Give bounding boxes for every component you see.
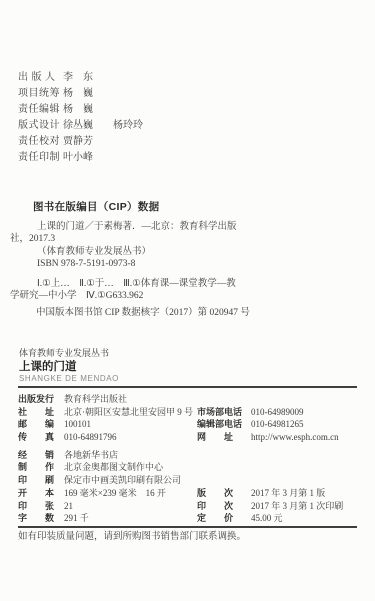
cip-title-line: 上课的门道／于素梅著．—北京：教育科学出版 (10, 221, 355, 233)
credit-name: 杨 巍 (63, 102, 93, 118)
credit-label: 项目统筹 (18, 86, 63, 102)
row-value-right: 2017 年 3 月第 1 次印刷 (251, 501, 343, 511)
row-value: 169 毫米×239 毫米 16 开 (64, 488, 166, 498)
row-label: 邮 编 (18, 418, 60, 431)
publication-group-print: 经 销各地新华书店 制 作北京金奥都图文制作中心 印 刷保定市中画美凯印刷有限公… (18, 449, 358, 525)
book-header: 体育教师专业发展丛书 上课的门道 SHANGKE DE MENDAO (19, 348, 119, 384)
credit-name: 杨 巍 (63, 86, 93, 102)
credit-name: 徐丛巍 (63, 118, 93, 134)
row-value: 教育科学出版社 (64, 394, 127, 404)
table-row-postcode: 邮 编100101 编辑部电话010-64981265 (18, 418, 358, 431)
row-label: 出版发行 (18, 393, 60, 406)
divider-bottom (18, 526, 357, 528)
row-label: 开 本 (18, 487, 60, 500)
credit-label: 责任编辑 (18, 102, 63, 118)
publication-group-contact: 出版发行教育科学出版社 社 址北京·朝阳区安慧北里安园甲 9 号 市场部电话01… (18, 393, 358, 444)
row-label: 经 销 (18, 449, 60, 462)
publication-info-table: 出版发行教育科学出版社 社 址北京·朝阳区安慧北里安园甲 9 号 市场部电话01… (18, 393, 358, 525)
table-row-publisher: 出版发行教育科学出版社 (18, 393, 358, 406)
credit-name: 叶小峰 (63, 150, 93, 166)
credit-row-editor: 责任编辑杨 巍 (18, 102, 143, 118)
credit-label: 版式设计 (18, 118, 63, 134)
cip-description: 上课的门道／于素梅著．—北京：教育科学出版 社，2017.3 （体育教师专业发展… (10, 221, 355, 271)
row-label-right: 版 次 (197, 487, 247, 500)
cip-title-line-continuation: 社，2017.3 (10, 233, 355, 245)
book-title-pinyin: SHANGKE DE MENDAO (19, 374, 119, 384)
row-label-right: 市场部电话 (197, 406, 247, 419)
cip-block: 图书在版编目（CIP）数据 上课的门道／于素梅著．—北京：教育科学出版 社，20… (10, 201, 355, 320)
table-row-distribution: 经 销各地新华书店 (18, 449, 358, 462)
row-value-right: 2017 年 3 月第 1 版 (251, 488, 325, 498)
cip-series-line: （体育教师专业发展丛书） (10, 246, 355, 258)
cip-record-number: 中国版本图书馆 CIP 数据核字（2017）第 020947 号 (10, 307, 355, 319)
row-right-cell (197, 393, 251, 406)
series-title: 体育教师专业发展丛书 (19, 348, 119, 359)
credit-row-coordinator: 项目统筹杨 巍 (18, 86, 143, 102)
row-value: 各地新华书店 (64, 450, 118, 460)
row-label: 印 张 (18, 500, 60, 513)
row-value-right: http://www.esph.com.cn (251, 432, 339, 442)
row-right-cell: 编辑部电话010-64981265 (197, 418, 304, 431)
row-label: 字 数 (18, 512, 60, 525)
row-value: 北京·朝阳区安慧北里安园甲 9 号 (64, 407, 193, 417)
table-row-wordcount: 字 数291 千 定 价45.00 元 (18, 512, 358, 525)
row-label: 社 址 (18, 406, 60, 419)
credit-row-layout-design: 版式设计徐丛巍杨玲玲 (18, 118, 143, 134)
row-right-cell (197, 474, 251, 487)
divider-top (18, 386, 357, 388)
cip-classification: Ⅰ.①上… Ⅱ.①于… Ⅲ.①体育课—课堂教学—教 学研究—中小学 Ⅳ.①G63… (10, 278, 355, 303)
row-right-cell (197, 461, 251, 474)
table-row-address: 社 址北京·朝阳区安慧北里安园甲 9 号 市场部电话010-64989009 (18, 406, 358, 419)
cip-heading: 图书在版编目（CIP）数据 (10, 201, 355, 214)
row-label: 传 真 (18, 431, 60, 444)
row-right-cell: 版 次2017 年 3 月第 1 版 (197, 487, 325, 500)
credit-name: 贾静芳 (63, 134, 93, 150)
row-value: 010-64891796 (64, 432, 117, 442)
row-right-cell (197, 449, 251, 462)
credit-row-publisher: 出 版 人李 东 (18, 70, 143, 86)
row-value: 21 (64, 501, 73, 511)
credit-name: 李 东 (63, 70, 93, 86)
row-label-right: 编辑部电话 (197, 418, 247, 431)
row-right-cell: 网 址http://www.esph.com.cn (197, 431, 339, 444)
credit-name-2: 杨玲玲 (113, 118, 143, 134)
row-value: 291 千 (64, 513, 89, 523)
table-row-fax: 传 真010-64891796 网 址http://www.esph.com.c… (18, 431, 358, 444)
row-value-right: 010-64981265 (251, 419, 304, 429)
row-label: 印 刷 (18, 474, 60, 487)
credit-label: 出 版 人 (18, 70, 63, 86)
copyright-page: 出 版 人李 东 项目统筹杨 巍 责任编辑杨 巍 版式设计徐丛巍杨玲玲 责任校对… (0, 0, 375, 601)
credit-row-proofreader: 责任校对贾静芳 (18, 134, 143, 150)
row-label: 制 作 (18, 461, 60, 474)
row-right-cell: 印 次2017 年 3 月第 1 次印刷 (197, 500, 343, 513)
quality-note: 如有印装质量问题，请到所购图书销售部门联系调换。 (18, 531, 246, 543)
credit-label: 责任印制 (18, 150, 63, 166)
row-right-cell: 市场部电话010-64989009 (197, 406, 304, 419)
row-value-right: 45.00 元 (251, 513, 283, 523)
row-value-right: 010-64989009 (251, 407, 304, 417)
row-label-right: 定 价 (197, 512, 247, 525)
row-value: 北京金奥都图文制作中心 (64, 462, 163, 472)
cip-class-line-continuation: 学研究—中小学 Ⅳ.①G633.962 (10, 290, 355, 302)
book-title: 上课的门道 (19, 360, 119, 374)
row-label-right: 网 址 (197, 431, 247, 444)
table-row-production: 制 作北京金奥都图文制作中心 (18, 461, 358, 474)
table-row-sheets: 印 张21 印 次2017 年 3 月第 1 次印刷 (18, 500, 358, 513)
cip-class-line: Ⅰ.①上… Ⅱ.①于… Ⅲ.①体育课—课堂教学—教 (10, 278, 355, 290)
credit-row-print-supervisor: 责任印制叶小峰 (18, 150, 143, 166)
row-value: 保定市中画美凯印刷有限公司 (64, 475, 181, 485)
table-row-printing: 印 刷保定市中画美凯印刷有限公司 (18, 474, 358, 487)
row-right-cell: 定 价45.00 元 (197, 512, 283, 525)
row-label-right: 印 次 (197, 500, 247, 513)
staff-credits: 出 版 人李 东 项目统筹杨 巍 责任编辑杨 巍 版式设计徐丛巍杨玲玲 责任校对… (18, 70, 143, 166)
credit-label: 责任校对 (18, 134, 63, 150)
row-value: 100101 (64, 419, 91, 429)
cip-isbn-line: ISBN 978-7-5191-0973-8 (10, 258, 355, 270)
table-row-format: 开 本169 毫米×239 毫米 16 开 版 次2017 年 3 月第 1 版 (18, 487, 358, 500)
